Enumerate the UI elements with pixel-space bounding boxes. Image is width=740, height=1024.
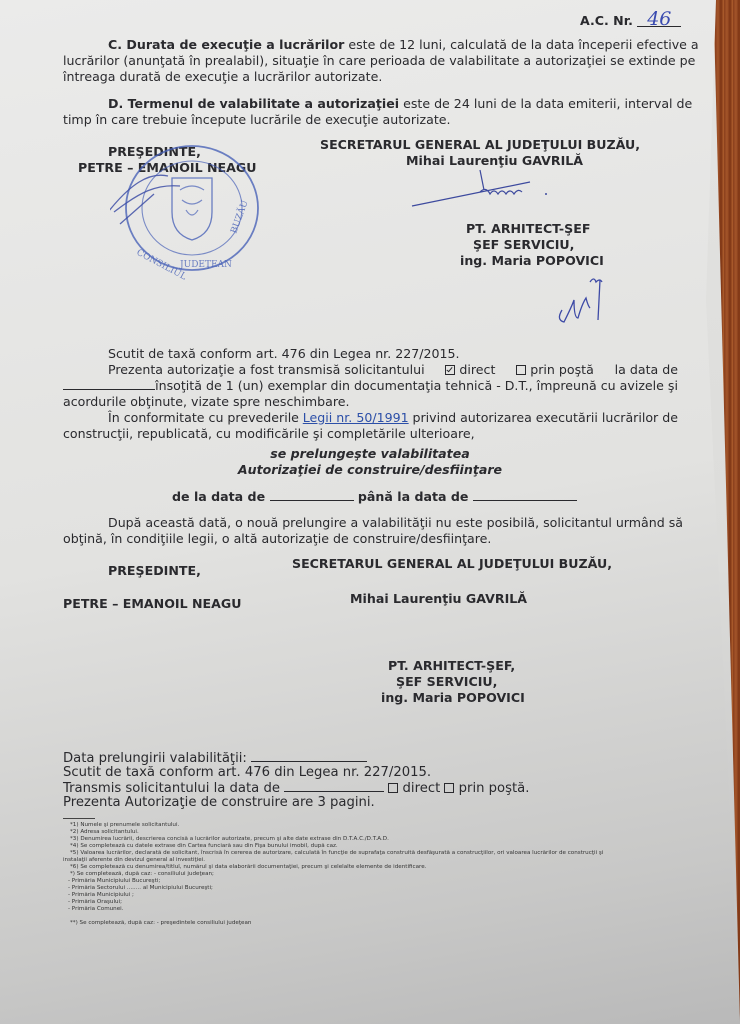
law-50-1991-link[interactable]: Legii nr. 50/1991 bbox=[303, 410, 409, 426]
summary-transmitted-blank[interactable] bbox=[284, 780, 384, 792]
summary-direct-checkbox[interactable] bbox=[388, 783, 398, 793]
date-range-line: de la data de până la data de bbox=[172, 489, 577, 505]
section-d-title: D. Termenul de valabilitate a autorizaţi… bbox=[108, 96, 399, 111]
ac-number-line: A.C. Nr. 46 bbox=[580, 12, 681, 28]
summary-post-label: prin poştă. bbox=[459, 781, 530, 796]
conformity-text-b: privind autorizarea executării lucrărilo… bbox=[412, 410, 678, 426]
footnote-5: *5) Valoarea lucrărilor, declarată de so… bbox=[70, 850, 603, 857]
extension-date-label: Data prelungirii valabilităţii: bbox=[63, 751, 247, 766]
summary-direct-label: direct bbox=[403, 781, 441, 796]
section-c-line3: întreaga durată de execuţie a lucrărilor… bbox=[63, 69, 382, 85]
footnote-star: *) Se completează, după caz: - consiliul… bbox=[70, 871, 214, 878]
summary-tax-exempt: Scutit de taxă conform art. 476 din Lege… bbox=[63, 765, 431, 781]
section-d-line2: timp în care trebuie începute lucrările … bbox=[63, 112, 451, 128]
tax-exempt-text: Scutit de taxă conform art. 476 din Lege… bbox=[108, 346, 460, 362]
to-date-blank[interactable] bbox=[473, 489, 577, 501]
svg-text:BUZĂU: BUZĂU bbox=[228, 198, 251, 235]
direct-checkbox[interactable] bbox=[445, 365, 455, 375]
section-c-line1: C. Durata de execuţie a lucrărilor este … bbox=[108, 37, 699, 53]
footnote-5-cont: instalaţii aferente din devizul general … bbox=[63, 857, 205, 864]
ac-number-handwritten: 46 bbox=[637, 12, 681, 27]
after-text-line1: După această dată, o nouă prelungire a v… bbox=[108, 515, 678, 531]
footnote-1: *1) Numele şi prenumele solicitantului. bbox=[70, 822, 179, 829]
architect-signature-icon bbox=[548, 270, 618, 330]
after-text-line2: obţină, în condiţiile legii, o altă auto… bbox=[63, 531, 491, 547]
service-title-bottom: ŞEF SERVICIU, bbox=[396, 674, 497, 690]
footnote-option-1: - Primăria Municipiului Bucureşti; bbox=[68, 878, 160, 885]
secretary-name-top: Mihai Laurenţiu GAVRILĂ bbox=[406, 153, 583, 169]
from-date-blank[interactable] bbox=[270, 489, 354, 501]
conformity-text-c: construcţii, republicată, cu modificăril… bbox=[63, 426, 475, 442]
footnote-3: *3) Denumirea lucrării, descrierea conci… bbox=[70, 836, 389, 843]
secretary-title-bottom: SECRETARUL GENERAL AL JUDEŢULUI BUZĂU, bbox=[292, 556, 612, 572]
secretary-name-bottom: Mihai Laurenţiu GAVRILĂ bbox=[350, 591, 527, 607]
ac-label: A.C. Nr. bbox=[580, 13, 633, 28]
extension-heading-2: Autorizaţiei de construire/desfiinţare bbox=[0, 462, 740, 478]
post-label: prin poştă bbox=[530, 362, 594, 377]
footnote-4: *4) Se completează cu datele extrase din… bbox=[70, 843, 338, 850]
accompanied-text: însoţită de 1 (un) exemplar din document… bbox=[155, 378, 678, 394]
county-council-stamp-icon: CONSILIUL JUDEŢEAN BUZĂU bbox=[110, 142, 270, 292]
president-name-bottom: PETRE – EMANOIL NEAGU bbox=[63, 596, 241, 612]
post-checkbox[interactable] bbox=[516, 365, 526, 375]
footnote-6: *6) Se completează cu denumirea/titlul, … bbox=[70, 864, 426, 871]
architect-name-top: ing. Maria POPOVICI bbox=[460, 253, 604, 269]
from-date-label: de la data de bbox=[172, 489, 265, 504]
transmitted-text: Prezenta autorizaţie a fost transmisă so… bbox=[108, 362, 425, 378]
footnote-option-4: - Primăria Oraşului; bbox=[68, 899, 122, 906]
president-title-bottom: PREŞEDINTE, bbox=[108, 563, 201, 579]
svg-text:JUDEŢEAN: JUDEŢEAN bbox=[179, 260, 232, 270]
summary-pages: Prezenta Autorizaţie de construire are 3… bbox=[63, 795, 375, 811]
agreements-text: acordurile obţinute, vizate spre neschim… bbox=[63, 394, 350, 410]
accompanied-line: însoţită de 1 (un) exemplar din document… bbox=[63, 378, 678, 394]
transmitted-line: Prezenta autorizaţie a fost transmisă so… bbox=[108, 362, 678, 378]
architect-name-bottom: ing. Maria POPOVICI bbox=[381, 690, 525, 706]
footnote-option-5: - Primăria Comunei. bbox=[68, 906, 124, 913]
extension-heading-1: se prelungeşte valabilitatea bbox=[0, 446, 740, 462]
secretary-title-top: SECRETARUL GENERAL AL JUDEŢULUI BUZĂU, bbox=[320, 137, 640, 153]
document-page: A.C. Nr. 46 C. Durata de execuţie a lucr… bbox=[0, 0, 740, 1024]
footnote-double-star: **) Se completează, după caz: - preşedin… bbox=[70, 920, 251, 927]
section-c-title: C. Durata de execuţie a lucrărilor bbox=[108, 37, 344, 52]
conformity-text-a: În conformitate cu prevederile bbox=[108, 410, 299, 426]
summary-post-checkbox[interactable] bbox=[444, 783, 454, 793]
conformity-line: În conformitate cu prevederile Legii nr.… bbox=[108, 410, 678, 426]
secretary-signature-icon bbox=[410, 168, 560, 208]
section-c-text: este de 12 luni, calculată de la data în… bbox=[344, 37, 698, 52]
transmission-date-blank[interactable] bbox=[63, 378, 155, 390]
date-label: la data de bbox=[615, 362, 678, 378]
footnote-option-2: - Primăria Sectorului ........ al Munici… bbox=[68, 885, 213, 892]
summary-transmitted-label: Transmis solicitantului la data de bbox=[63, 781, 280, 796]
section-d-line1: D. Termenul de valabilitate a autorizaţi… bbox=[108, 96, 692, 112]
footnote-separator bbox=[63, 818, 95, 819]
section-c-line2: lucrărilor (anunţată în prealabil), situ… bbox=[63, 53, 695, 69]
footnote-2: *2) Adresa solicitantului. bbox=[70, 829, 139, 836]
extension-date-blank[interactable] bbox=[251, 750, 367, 762]
architect-title-bottom: PT. ARHITECT-ŞEF, bbox=[388, 658, 515, 674]
architect-title-top: PT. ARHITECT-ŞEF bbox=[466, 221, 590, 237]
footnote-option-3: - Primăria Municipiului ; bbox=[68, 892, 134, 899]
section-d-text: este de 24 luni de la data emiterii, int… bbox=[399, 96, 692, 111]
direct-label: direct bbox=[459, 362, 495, 377]
to-date-label: până la data de bbox=[358, 489, 469, 504]
service-title-top: ŞEF SERVICIU, bbox=[473, 237, 574, 253]
